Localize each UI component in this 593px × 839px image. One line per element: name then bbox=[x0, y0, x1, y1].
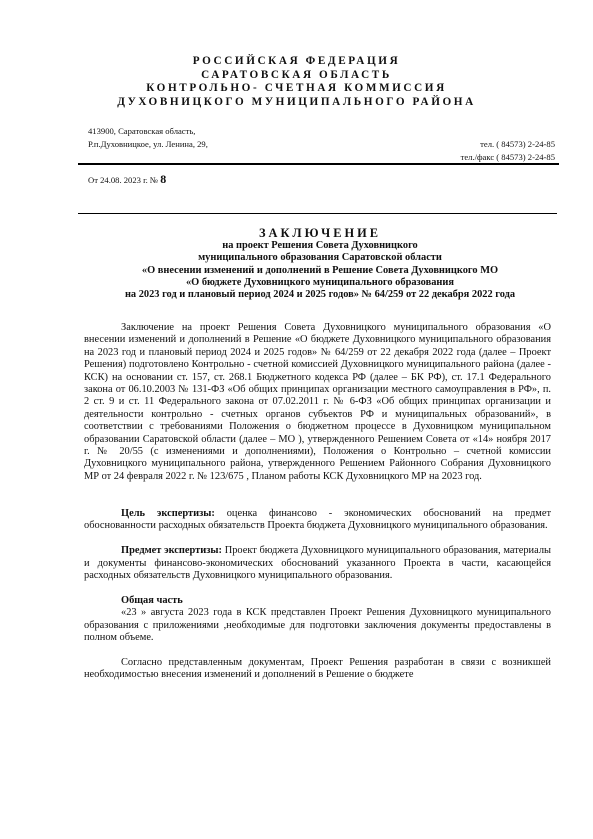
document-title: ЗАКЛЮЧЕНИЕ на проект Решения Совета Духо… bbox=[60, 226, 580, 301]
meta-divider bbox=[78, 213, 557, 214]
subject-label: Предмет экспертизы: bbox=[121, 545, 222, 556]
subject-paragraph: Предмет экспертизы: Проект бюджета Духов… bbox=[84, 545, 551, 582]
phone-block: тел. ( 84573) 2-24-85 тел./факс ( 84573)… bbox=[461, 138, 555, 163]
title-line: на 2023 год и плановый период 2024 и 202… bbox=[60, 289, 580, 301]
goal-label: Цель экспертизы: bbox=[121, 508, 215, 519]
address-line-1: 413900, Саратовская область, bbox=[88, 125, 208, 138]
fax: тел./факс ( 84573) 2-24-85 bbox=[461, 151, 555, 164]
document-date-number: От 24.08. 2023 г. № 8 bbox=[88, 172, 166, 187]
date-prefix: От 24.08. 2023 г. № bbox=[88, 175, 160, 185]
header-line-commission: КОНТРОЛЬНО- СЧЕТНАЯ КОММИССИЯ bbox=[0, 82, 593, 96]
header-line-district: ДУХОВНИЦКОГО МУНИЦИПАЛЬНОГО РАЙОНА bbox=[0, 96, 593, 110]
document-number: 8 bbox=[160, 172, 166, 186]
general-heading: Общая часть bbox=[84, 595, 551, 607]
header-line-country: РОССИЙСКАЯ ФЕДЕРАЦИЯ bbox=[0, 55, 593, 69]
title-line: «О бюджете Духовницкого муниципального о… bbox=[60, 277, 580, 289]
phone: тел. ( 84573) 2-24-85 bbox=[461, 138, 555, 151]
title-line: на проект Решения Совета Духовницкого bbox=[60, 240, 580, 252]
header-divider bbox=[78, 163, 559, 165]
address-line-2: Р.п.Духовницкое, ул. Ленина, 29, bbox=[88, 138, 208, 151]
title-line: муниципального образования Саратовской о… bbox=[60, 252, 580, 264]
address-block: 413900, Саратовская область, Р.п.Духовни… bbox=[88, 125, 208, 150]
header-line-region: САРАТОВСКАЯ ОБЛАСТЬ bbox=[0, 69, 593, 83]
intro-paragraph: Заключение на проект Решения Совета Духо… bbox=[84, 322, 551, 483]
agreement-paragraph: Согласно представленным документам, Прое… bbox=[84, 657, 551, 682]
title-line: «О внесении изменений и дополнений в Реш… bbox=[60, 265, 580, 277]
goal-paragraph: Цель экспертизы: оценка финансово - экон… bbox=[84, 508, 551, 533]
document-body: Заключение на проект Решения Совета Духо… bbox=[84, 322, 551, 682]
title-main: ЗАКЛЮЧЕНИЕ bbox=[60, 226, 580, 240]
org-header: РОССИЙСКАЯ ФЕДЕРАЦИЯ САРАТОВСКАЯ ОБЛАСТЬ… bbox=[0, 55, 593, 109]
general-paragraph: «23 » августа 2023 года в КСК представле… bbox=[84, 607, 551, 644]
